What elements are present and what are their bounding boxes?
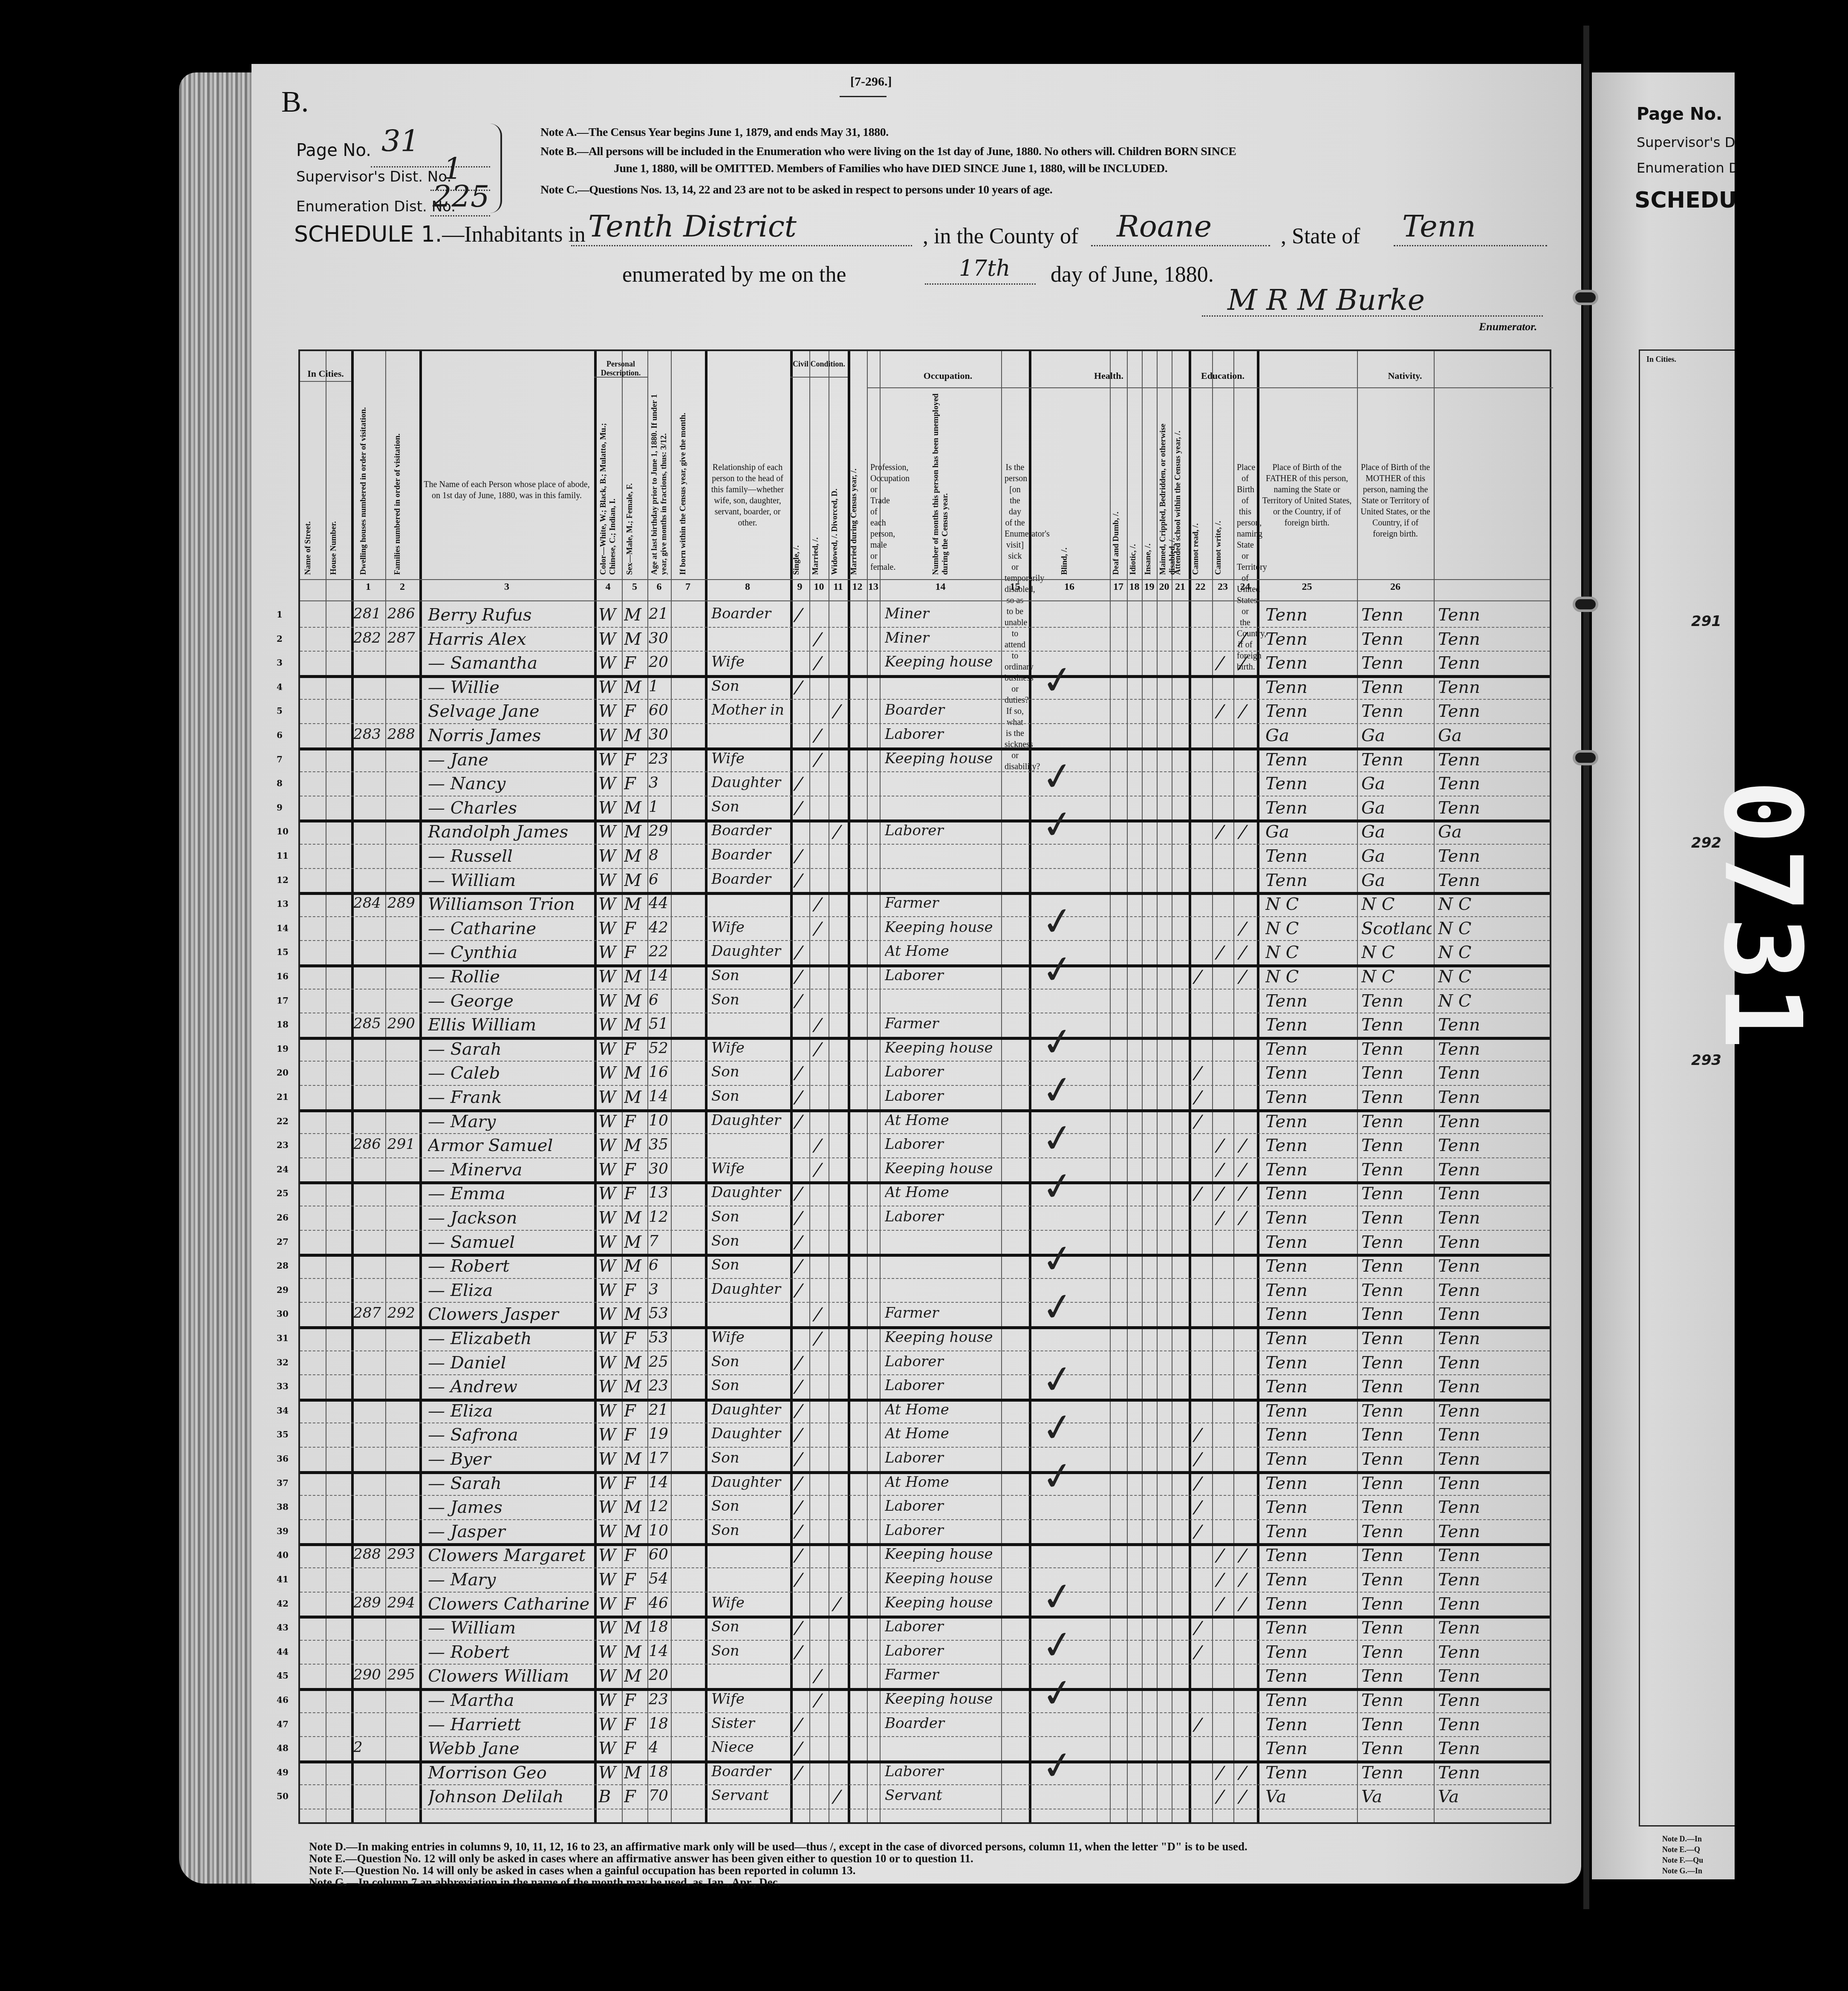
birthplace: Tenn xyxy=(1265,605,1355,625)
health-check-icon: ✓ xyxy=(1039,1452,1077,1500)
birthplace: Tenn xyxy=(1265,1449,1355,1469)
person-name: — Nancy xyxy=(428,774,592,794)
relationship: Son xyxy=(711,1208,788,1225)
cannot-write-mark: / xyxy=(1236,1763,1249,1783)
sex: M xyxy=(624,1522,645,1541)
father-birthplace: Tenn xyxy=(1361,653,1432,673)
married-mark: / xyxy=(811,1160,824,1180)
sex: M xyxy=(624,991,645,1011)
sex: M xyxy=(624,1063,645,1083)
color: W xyxy=(598,1353,620,1373)
age: 14 xyxy=(649,967,671,984)
cannot-write-mark: / xyxy=(1236,822,1249,842)
column-number: 9 xyxy=(790,581,809,593)
color: W xyxy=(598,726,620,745)
birthplace: Ga xyxy=(1265,822,1355,842)
row-number: 36 xyxy=(277,1454,289,1464)
father-birthplace: Tenn xyxy=(1361,678,1432,697)
header-group-in-cities: In Cities. xyxy=(300,368,351,379)
relationship: Wife xyxy=(711,1329,788,1346)
birthplace: Tenn xyxy=(1265,1546,1355,1565)
school-mark: / xyxy=(1192,1618,1204,1638)
mother-birthplace: Tenn xyxy=(1438,1546,1551,1565)
birthplace: Tenn xyxy=(1265,1715,1355,1734)
sex: F xyxy=(624,1739,645,1758)
divider xyxy=(867,387,1029,388)
father-birthplace: Tenn xyxy=(1361,1474,1432,1493)
father-birthplace: Ga xyxy=(1361,798,1432,818)
age: 10 xyxy=(649,1112,671,1129)
cannot-write-mark: / xyxy=(1236,1787,1249,1806)
occupation: At Home xyxy=(885,1184,1000,1201)
enumerator-label: Enumerator. xyxy=(1479,320,1537,333)
father-birthplace: Tenn xyxy=(1361,1112,1432,1131)
cannot-write-mark: / xyxy=(1236,1160,1249,1180)
age: 30 xyxy=(649,726,671,743)
column-divider xyxy=(1127,351,1128,1822)
person-name: — Charles xyxy=(428,798,592,818)
row-divider xyxy=(300,1809,1550,1809)
cannot-read-mark: / xyxy=(1214,822,1227,842)
row-number: 14 xyxy=(277,923,289,933)
note-d: Note D.—In making entries in columns 9, … xyxy=(309,1840,1247,1853)
divider xyxy=(1189,387,1257,388)
note-f: Note F.—Question No. 14 will only be ask… xyxy=(309,1864,856,1877)
page-no-value: 31 xyxy=(381,124,419,159)
row-number: 6 xyxy=(277,730,283,740)
sex: M xyxy=(624,1136,645,1155)
birthplace: Tenn xyxy=(1265,798,1355,818)
column-number: 17 xyxy=(1110,581,1127,593)
divider xyxy=(840,96,886,97)
sex: F xyxy=(624,1787,645,1806)
birthplace: Tenn xyxy=(1265,846,1355,866)
health-check-icon: ✓ xyxy=(1039,1741,1077,1790)
father-birthplace: Tenn xyxy=(1361,1281,1432,1300)
sex: M xyxy=(624,846,645,866)
column-header-16: Blind, /. xyxy=(1060,392,1079,575)
sex: F xyxy=(624,1184,645,1203)
birthplace: Tenn xyxy=(1265,1039,1355,1059)
row-divider xyxy=(300,1736,1550,1737)
row-divider xyxy=(300,1495,1550,1496)
column-number: 1 xyxy=(351,581,385,593)
father-birthplace: Tenn xyxy=(1361,1546,1432,1565)
relationship: Wife xyxy=(711,1160,788,1177)
occupation: Laborer xyxy=(885,1642,1000,1659)
occupation: At Home xyxy=(885,1112,1000,1129)
row-number: 1 xyxy=(277,609,283,620)
single-mark: / xyxy=(792,1184,805,1203)
birthplace: Tenn xyxy=(1265,678,1355,697)
relationship: Boarder xyxy=(711,846,788,863)
row-number: 12 xyxy=(277,875,289,885)
column-header-14: Number of months this person has been un… xyxy=(931,392,950,575)
health-check-icon: ✓ xyxy=(1039,1235,1077,1283)
occupation: At Home xyxy=(885,943,1000,960)
single-mark: / xyxy=(792,1401,805,1421)
person-name: — Eliza xyxy=(428,1281,592,1300)
cannot-read-mark: / xyxy=(1214,653,1227,673)
color: W xyxy=(598,1063,620,1083)
occupation: Miner xyxy=(885,629,1000,646)
person-name: — Emma xyxy=(428,1184,592,1203)
adjacent-note-f: Note F.—Qu xyxy=(1662,1856,1703,1865)
age: 16 xyxy=(649,1063,671,1081)
mother-birthplace: Tenn xyxy=(1438,1256,1551,1276)
age: 18 xyxy=(649,1763,671,1780)
column-divider xyxy=(594,351,597,1822)
birthplace: Tenn xyxy=(1265,1112,1355,1131)
dwelling-number: 287 xyxy=(353,1304,383,1322)
person-name: — George xyxy=(428,991,592,1011)
health-check-icon: ✓ xyxy=(1039,1114,1077,1163)
column-number: 26 xyxy=(1357,581,1434,593)
cannot-read-mark: / xyxy=(1214,1594,1227,1614)
sex: M xyxy=(624,1449,645,1469)
mother-birthplace: Tenn xyxy=(1438,1039,1551,1059)
row-number: 18 xyxy=(277,1019,289,1030)
age: 29 xyxy=(649,822,671,840)
health-check-icon: ✓ xyxy=(1039,1355,1077,1404)
father-birthplace: Tenn xyxy=(1361,1353,1432,1373)
occupation: Keeping house xyxy=(885,1160,1000,1177)
married-mark: / xyxy=(811,1329,824,1348)
occupation: Boarder xyxy=(885,701,1000,718)
person-name: — Sarah xyxy=(428,1474,592,1493)
column-header-21: Attended school within the Census year, … xyxy=(1173,392,1188,575)
header-group-health: Health. xyxy=(1029,370,1189,381)
occupation: At Home xyxy=(885,1474,1000,1491)
father-birthplace: Tenn xyxy=(1361,1232,1432,1252)
month-year-label: day of June, 1880. xyxy=(1051,262,1214,287)
father-birthplace: Tenn xyxy=(1361,629,1432,649)
row-divider xyxy=(300,1061,1550,1062)
occupation: Laborer xyxy=(885,1208,1000,1225)
age: 70 xyxy=(649,1787,671,1804)
column-header-19: Insane, /. xyxy=(1143,392,1156,575)
single-mark: / xyxy=(792,1112,805,1131)
row-number: 3 xyxy=(277,658,283,668)
father-birthplace: Tenn xyxy=(1361,1136,1432,1155)
age: 60 xyxy=(649,701,671,719)
mother-birthplace: N C xyxy=(1438,895,1551,914)
single-mark: / xyxy=(792,1063,805,1083)
birthplace: Tenn xyxy=(1265,1329,1355,1348)
married-mark: / xyxy=(811,1304,824,1324)
person-name: — Jasper xyxy=(428,1522,592,1541)
column-number: 24 xyxy=(1233,581,1257,593)
adjacent-note-d: Note D.—In xyxy=(1662,1835,1702,1844)
sex: F xyxy=(624,943,645,962)
school-mark: / xyxy=(1192,1088,1204,1107)
row-number: 50 xyxy=(277,1791,289,1801)
widowed-mark: / xyxy=(831,701,843,721)
column-divider xyxy=(809,351,810,1822)
mother-birthplace: Tenn xyxy=(1438,1377,1551,1397)
color: W xyxy=(598,1715,620,1734)
relationship: Son xyxy=(711,1522,788,1539)
color: W xyxy=(598,1522,620,1541)
family-number: 290 xyxy=(387,1015,417,1032)
age: 14 xyxy=(649,1642,671,1660)
birthplace: Tenn xyxy=(1265,1281,1355,1300)
mother-birthplace: Ga xyxy=(1438,726,1551,745)
father-birthplace: Scotland xyxy=(1361,919,1432,938)
married-mark: / xyxy=(811,629,824,649)
father-birthplace: Ga xyxy=(1361,774,1432,794)
birthplace: Tenn xyxy=(1265,1136,1355,1155)
divider xyxy=(371,166,490,167)
single-mark: / xyxy=(792,678,805,697)
school-mark: / xyxy=(1192,1184,1204,1203)
sex: F xyxy=(624,774,645,794)
occupation: Laborer xyxy=(885,1498,1000,1515)
column-number: 11 xyxy=(829,581,848,593)
row-number: 39 xyxy=(277,1526,289,1536)
color: W xyxy=(598,1039,620,1059)
married-mark: / xyxy=(811,1691,824,1710)
header-group-personal: Personal Description. xyxy=(594,360,647,378)
row-divider xyxy=(300,699,1550,700)
color: W xyxy=(598,678,620,697)
father-birthplace: Ga xyxy=(1361,871,1432,890)
birthplace: N C xyxy=(1265,895,1355,914)
relationship: Wife xyxy=(711,919,788,936)
mother-birthplace: Tenn xyxy=(1438,1425,1551,1445)
mother-birthplace: Ga xyxy=(1438,822,1551,842)
married-mark: / xyxy=(811,919,824,938)
occupation: Keeping house xyxy=(885,1691,1000,1708)
single-mark: / xyxy=(792,1449,805,1469)
person-name: — Safrona xyxy=(428,1425,592,1445)
mother-birthplace: Tenn xyxy=(1438,1449,1551,1469)
column-number: 5 xyxy=(622,581,647,593)
married-mark: / xyxy=(811,895,824,914)
sex: M xyxy=(624,1377,645,1397)
color: B xyxy=(598,1787,620,1806)
county-value: Roane xyxy=(1117,209,1212,244)
single-mark: / xyxy=(792,1498,805,1517)
person-name: — Frank xyxy=(428,1088,592,1107)
row-divider xyxy=(300,1157,1550,1158)
color: W xyxy=(598,943,620,962)
father-birthplace: Tenn xyxy=(1361,1377,1432,1397)
married-mark: / xyxy=(811,1015,824,1035)
color: W xyxy=(598,1112,620,1131)
birthplace: Tenn xyxy=(1265,1425,1355,1445)
row-number: 32 xyxy=(277,1357,289,1368)
mother-birthplace: Tenn xyxy=(1438,1763,1551,1783)
row-divider xyxy=(300,868,1550,869)
person-name: Clowers Jasper xyxy=(428,1304,592,1324)
person-name: Clowers William xyxy=(428,1666,592,1686)
row-divider xyxy=(300,940,1550,941)
column-number: 10 xyxy=(809,581,829,593)
row-number: 29 xyxy=(277,1285,289,1295)
adjacent-schedule-label: SCHEDULE xyxy=(1634,188,1735,213)
column-divider xyxy=(705,351,707,1822)
brace xyxy=(490,124,502,213)
mother-birthplace: Tenn xyxy=(1438,1666,1551,1686)
binder-ring-icon xyxy=(1573,750,1598,765)
row-number: 7 xyxy=(277,754,283,765)
sex: M xyxy=(624,895,645,914)
row-number: 19 xyxy=(277,1044,289,1054)
mother-birthplace: Tenn xyxy=(1438,1594,1551,1614)
birthplace: Tenn xyxy=(1265,629,1355,649)
single-mark: / xyxy=(792,1281,805,1300)
row-number: 45 xyxy=(277,1671,289,1681)
birthplace: Tenn xyxy=(1265,1474,1355,1493)
mother-birthplace: N C xyxy=(1438,967,1551,987)
color: W xyxy=(598,1618,620,1638)
divider xyxy=(790,377,848,378)
age: 53 xyxy=(649,1304,671,1322)
relationship: Daughter xyxy=(711,943,788,960)
row-divider xyxy=(300,627,1550,628)
single-mark: / xyxy=(792,1570,805,1590)
widowed-mark: / xyxy=(831,822,843,842)
birthplace: Tenn xyxy=(1265,1256,1355,1276)
single-mark: / xyxy=(792,1088,805,1107)
relationship: Niece xyxy=(711,1739,788,1756)
age: 12 xyxy=(649,1498,671,1515)
father-birthplace: Tenn xyxy=(1361,1063,1432,1083)
occupation: Laborer xyxy=(885,726,1000,743)
row-divider xyxy=(300,723,1550,724)
age: 3 xyxy=(649,774,671,791)
color: W xyxy=(598,1281,620,1300)
sex: F xyxy=(624,1425,645,1445)
column-header-23: Cannot write, /. xyxy=(1214,392,1233,575)
dwelling-number: 284 xyxy=(353,895,383,912)
relationship: Boarder xyxy=(711,822,788,839)
person-name: Randolph James xyxy=(428,822,592,842)
single-mark: / xyxy=(792,798,805,818)
occupation: Farmer xyxy=(885,1015,1000,1032)
row-divider xyxy=(300,651,1550,652)
birthplace: Tenn xyxy=(1265,1160,1355,1180)
column-header-4: Color—White, W.; Black, B.; Mulatto, Mu.… xyxy=(599,392,618,575)
adjacent-note-g: Note G.—In xyxy=(1662,1867,1702,1876)
color: W xyxy=(598,1739,620,1758)
page-no-label: Page No. xyxy=(296,141,371,160)
cannot-write-mark: / xyxy=(1236,967,1249,987)
header-group-nativity: Nativity. xyxy=(1257,370,1553,381)
single-mark: / xyxy=(792,1546,805,1565)
father-birthplace: Tenn xyxy=(1361,1498,1432,1517)
age: 6 xyxy=(649,1256,671,1274)
cannot-read-mark: / xyxy=(1214,1570,1227,1590)
row-number: 5 xyxy=(277,706,283,716)
cannot-write-mark: / xyxy=(1236,701,1249,721)
family-number: 294 xyxy=(387,1594,417,1611)
row-number: 30 xyxy=(277,1309,289,1319)
color: W xyxy=(598,1570,620,1590)
occupation: Laborer xyxy=(885,1449,1000,1466)
birthplace: Ga xyxy=(1265,726,1355,745)
microfilm-stamp: 0731 xyxy=(1688,780,1816,1227)
row-divider xyxy=(300,1447,1550,1448)
person-name: — Martha xyxy=(428,1691,592,1710)
single-mark: / xyxy=(792,1618,805,1638)
birthplace: Tenn xyxy=(1265,991,1355,1011)
birthplace: Tenn xyxy=(1265,1763,1355,1783)
single-mark: / xyxy=(792,1377,805,1397)
sex: M xyxy=(624,605,645,625)
father-birthplace: Tenn xyxy=(1361,1763,1432,1783)
relationship: Son xyxy=(711,1498,788,1515)
occupation: Keeping house xyxy=(885,1570,1000,1587)
adjacent-dwelling-1: 291 xyxy=(1691,613,1721,630)
mother-birthplace: Tenn xyxy=(1438,1063,1551,1083)
color: W xyxy=(598,750,620,770)
person-name: Clowers Catharine xyxy=(428,1594,592,1614)
column-header-1: Dwelling houses numbered in order of vis… xyxy=(359,392,378,575)
person-name: Armor Samuel xyxy=(428,1136,592,1155)
column-divider xyxy=(671,351,672,1822)
relationship: Sister xyxy=(711,1715,788,1732)
single-mark: / xyxy=(792,774,805,794)
father-birthplace: Tenn xyxy=(1361,1256,1432,1276)
row-number: 33 xyxy=(277,1381,289,1391)
dwelling-number: 2 xyxy=(353,1739,383,1756)
birthplace: Tenn xyxy=(1265,871,1355,890)
sex: F xyxy=(624,1329,645,1348)
divider xyxy=(1394,245,1547,246)
person-name: Morrison Geo xyxy=(428,1763,592,1783)
row-divider xyxy=(300,1592,1550,1593)
relationship: Daughter xyxy=(711,1281,788,1298)
occupation: Laborer xyxy=(885,1522,1000,1539)
mother-birthplace: Tenn xyxy=(1438,1715,1551,1734)
sex: M xyxy=(624,822,645,842)
occupation: Farmer xyxy=(885,895,1000,912)
column-number: 8 xyxy=(705,581,790,593)
relationship: Daughter xyxy=(711,774,788,791)
column-header-11: Widowed, /. Divorced, D. xyxy=(830,392,847,575)
row-number: 11 xyxy=(277,851,289,861)
father-birthplace: Tenn xyxy=(1361,1449,1432,1469)
health-check-icon: ✓ xyxy=(1039,945,1077,994)
father-birthplace: Tenn xyxy=(1361,1088,1432,1107)
sex: M xyxy=(624,1304,645,1324)
birthplace: Tenn xyxy=(1265,701,1355,721)
color: W xyxy=(598,1425,620,1445)
birthplace: N C xyxy=(1265,967,1355,987)
row-divider xyxy=(300,1519,1550,1520)
father-birthplace: Tenn xyxy=(1361,1208,1432,1228)
age: 53 xyxy=(649,1329,671,1346)
row-number: 44 xyxy=(277,1647,289,1657)
mother-birthplace: Tenn xyxy=(1438,1618,1551,1638)
single-mark: / xyxy=(792,1208,805,1228)
birthplace: Tenn xyxy=(1265,1594,1355,1614)
sex: F xyxy=(624,701,645,721)
sex: F xyxy=(624,1546,645,1565)
father-birthplace: Tenn xyxy=(1361,605,1432,625)
row-divider xyxy=(300,1085,1550,1086)
sex: F xyxy=(624,1401,645,1421)
birthplace: Tenn xyxy=(1265,1232,1355,1252)
person-name: — Mary xyxy=(428,1112,592,1131)
person-name: — Elizabeth xyxy=(428,1329,592,1348)
note-b-cont: June 1, 1880, will be OMITTED. Members o… xyxy=(614,162,1167,176)
color: W xyxy=(598,1329,620,1348)
cannot-read-mark: / xyxy=(1214,701,1227,721)
divider xyxy=(300,381,351,382)
